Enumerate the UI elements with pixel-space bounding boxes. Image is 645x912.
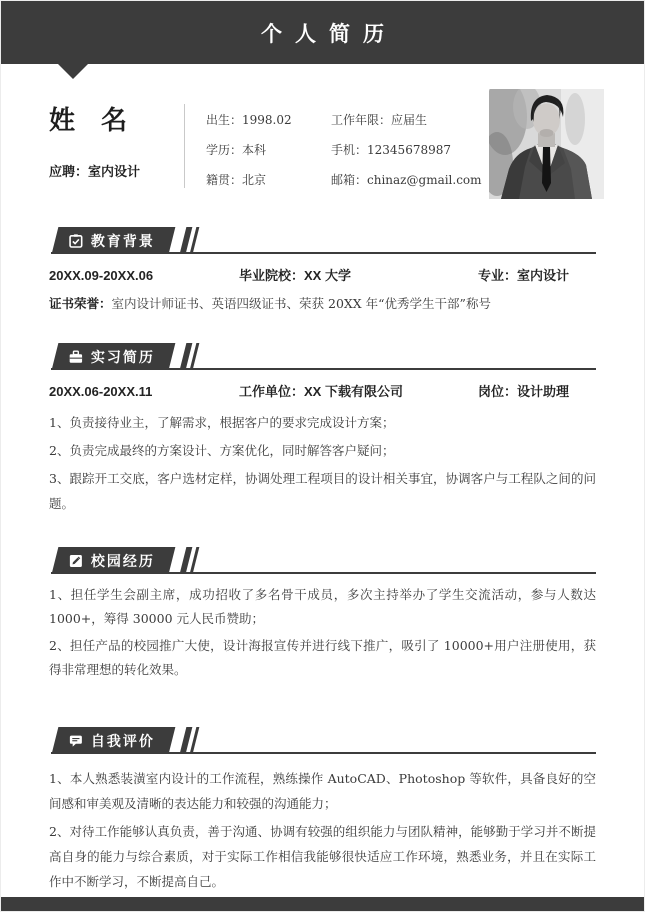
section-title-education: 教育背景 xyxy=(91,231,155,251)
chat-bubble-icon xyxy=(69,734,83,748)
education-major: 专业：室内设计 xyxy=(478,266,569,286)
certificates-text: 室内设计师证书、英语四级证书、荣获 20XX 年“优秀学生干部”称号 xyxy=(112,296,491,311)
certificates-label: 证书荣誉： xyxy=(49,297,112,311)
profile-info-grid: 出生：1998.02 工作年限：应届生 学历：本科 手机：12345678987… xyxy=(206,112,482,188)
profile-section: 姓 名 应聘：室内设计 出生：1998.02 工作年限：应届生 学历：本科 手机… xyxy=(1,64,644,214)
internship-row: 20XX.06-20XX.11 工作单位：XX 下载有限公司 岗位：设计助理 xyxy=(49,382,596,402)
list-item: 2、担任产品的校园推广大使，设计海报宣传并进行线下推广，吸引了 10000+用户… xyxy=(49,634,596,682)
list-item: 1、担任学生会副主席，成功招收了多名骨干成员，多次主持举办了学生交流活动，参与人… xyxy=(49,583,596,631)
resume-page: 个人简历 姓 名 应聘：室内设计 出生：1998.02 工作年限：应届生 学历：… xyxy=(0,0,645,912)
section-header-self-evaluation: 自我评价 xyxy=(49,726,596,754)
clipboard-check-icon xyxy=(69,234,83,248)
section-internship: 实习简历 20XX.06-20XX.11 工作单位：XX 下载有限公司 岗位：设… xyxy=(49,342,596,516)
section-label: 自我评价 xyxy=(52,727,176,754)
info-email: 邮箱：chinaz@gmail.com xyxy=(331,172,482,188)
resume-header: 个人简历 xyxy=(1,1,644,64)
education-school: 毕业院校：XX 大学 xyxy=(239,266,478,286)
info-education-level: 学历：本科 xyxy=(206,142,331,158)
list-item: 3、跟踪开工交底，客户选材定样，协调处理工程项目的设计相关事宜，协调客户与工程队… xyxy=(49,466,596,516)
section-label: 教育背景 xyxy=(52,227,176,254)
section-header-campus: 校园经历 xyxy=(49,546,596,574)
section-self-evaluation: 自我评价 1、本人熟悉装潢室内设计的工作流程，熟练操作 AutoCAD、Phot… xyxy=(49,726,596,894)
profile-photo xyxy=(489,89,604,199)
section-label: 实习简历 xyxy=(52,343,176,370)
info-phone: 手机：12345678987 xyxy=(331,142,482,158)
briefcase-icon xyxy=(69,350,83,364)
section-header-education: 教育背景 xyxy=(49,226,596,254)
section-education: 教育背景 20XX.09-20XX.06 毕业院校：XX 大学 专业：室内设计 … xyxy=(49,226,596,315)
section-campus-experience: 校园经历 1、担任学生会副主席，成功招收了多名骨干成员，多次主持举办了学生交流活… xyxy=(49,546,596,682)
applying-position: 应聘：室内设计 xyxy=(49,161,140,180)
list-item: 2、对待工作能够认真负责，善于沟通、协调有较强的组织能力与团队精神，能够勤于学习… xyxy=(49,819,596,894)
internship-duties: 1、负责接待业主，了解需求，根据客户的要求完成设计方案； 2、负责完成最终的方案… xyxy=(49,410,596,516)
info-work-years: 工作年限：应届生 xyxy=(331,112,482,128)
candidate-name: 姓 名 xyxy=(49,100,127,137)
internship-company: 工作单位：XX 下载有限公司 xyxy=(239,382,478,402)
footer-bar xyxy=(1,897,644,911)
education-period: 20XX.09-20XX.06 xyxy=(49,266,239,286)
self-evaluation-list: 1、本人熟悉装潢室内设计的工作流程，熟练操作 AutoCAD、Photoshop… xyxy=(49,766,596,894)
info-birth: 出生：1998.02 xyxy=(206,112,331,128)
section-title-campus: 校园经历 xyxy=(91,551,155,571)
certificates-line: 证书荣誉：室内设计师证书、英语四级证书、荣获 20XX 年“优秀学生干部”称号 xyxy=(49,293,596,315)
list-item: 1、负责接待业主，了解需求，根据客户的要求完成设计方案； xyxy=(49,410,596,435)
info-origin: 籍贯：北京 xyxy=(206,172,331,188)
list-item: 1、本人熟悉装潢室内设计的工作流程，熟练操作 AutoCAD、Photoshop… xyxy=(49,766,596,816)
internship-period: 20XX.06-20XX.11 xyxy=(49,382,239,402)
portrait-image xyxy=(489,89,604,199)
page-title: 个人简历 xyxy=(248,18,397,48)
campus-experience-list: 1、担任学生会副主席，成功招收了多名骨干成员，多次主持举办了学生交流活动，参与人… xyxy=(49,583,596,682)
section-title-internship: 实习简历 xyxy=(91,347,155,367)
section-title-self-evaluation: 自我评价 xyxy=(91,731,155,751)
section-header-internship: 实习简历 xyxy=(49,342,596,370)
section-label: 校园经历 xyxy=(52,547,176,574)
profile-divider xyxy=(184,104,185,188)
internship-position: 岗位：设计助理 xyxy=(478,382,569,402)
pen-square-icon xyxy=(69,554,83,568)
list-item: 2、负责完成最终的方案设计、方案优化，同时解答客户疑问； xyxy=(49,438,596,463)
education-row: 20XX.09-20XX.06 毕业院校：XX 大学 专业：室内设计 xyxy=(49,266,596,286)
